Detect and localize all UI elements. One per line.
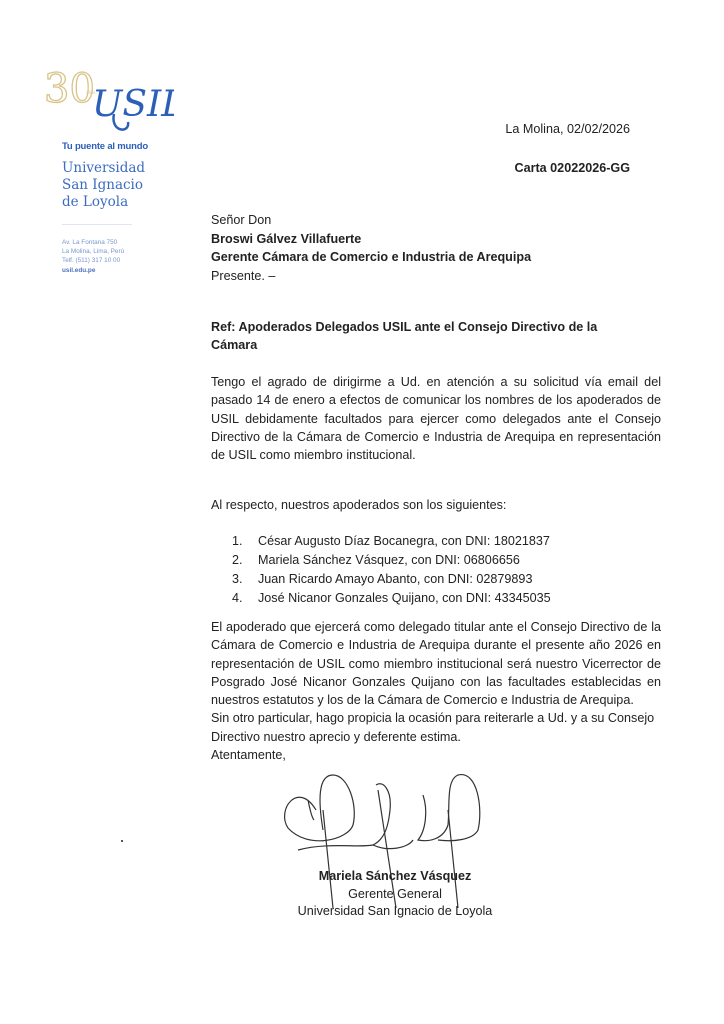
salutation: Señor Don (211, 211, 531, 230)
addressee-position: Gerente Cámara de Comercio e Industria d… (211, 248, 531, 267)
addressee-name: Broswi Gálvez Villafuerte (211, 230, 531, 249)
university-address: Av. La Fontana 750 La Molina, Lima, Perú… (62, 238, 124, 275)
website-link[interactable]: usil.edu.pe (62, 266, 124, 275)
signatory-organization: Universidad San Ignacio de Loyola (290, 903, 500, 921)
place-date: La Molina, 02/02/2026 (505, 122, 630, 136)
farewell-paragraph: Sin otro particular, hago propicia la oc… (211, 709, 661, 746)
list-item: 1.César Augusto Díaz Bocanegra, con DNI:… (232, 532, 551, 551)
letterhead-divider (62, 224, 132, 225)
titular-paragraph: El apoderado que ejercerá como delegado … (211, 618, 661, 764)
representatives-list: 1.César Augusto Díaz Bocanegra, con DNI:… (232, 532, 551, 608)
closing: Atentamente, (211, 746, 661, 764)
letter-reference-number: Carta 02022026-GG (514, 161, 630, 175)
signatory-name: Mariela Sánchez Vásquez (290, 868, 500, 886)
signature-block: Mariela Sánchez Vásquez Gerente General … (290, 868, 500, 921)
presente: Presente. – (211, 267, 531, 286)
intro-paragraph: Tengo el agrado de dirigirme a Ud. en at… (211, 373, 661, 464)
list-item: 4.José Nicanor Gonzales Quijano, con DNI… (232, 589, 551, 608)
scan-mark (121, 840, 123, 842)
letterhead-sidebar: 30 años USIL Tu puente al mundo Universi… (0, 0, 190, 1024)
university-name: Universidad San Ignacio de Loyola (62, 160, 145, 211)
addressee-block: Señor Don Broswi Gálvez Villafuerte Gere… (211, 211, 531, 285)
tagline: Tu puente al mundo (62, 141, 148, 152)
signatory-title: Gerente General (290, 886, 500, 904)
list-intro: Al respecto, nuestros apoderados son los… (211, 496, 661, 514)
subject-line: Ref: Apoderados Delegados USIL ante el C… (211, 318, 631, 355)
anniversary-number: 30 (44, 66, 95, 112)
list-item: 2.Mariela Sánchez Vásquez, con DNI: 0680… (232, 551, 551, 570)
list-item: 3.Juan Ricardo Amayo Abanto, con DNI: 02… (232, 570, 551, 589)
usil-30-anniversary-logo: 30 años USIL (44, 62, 174, 138)
usil-wordmark: USIL (92, 84, 174, 125)
